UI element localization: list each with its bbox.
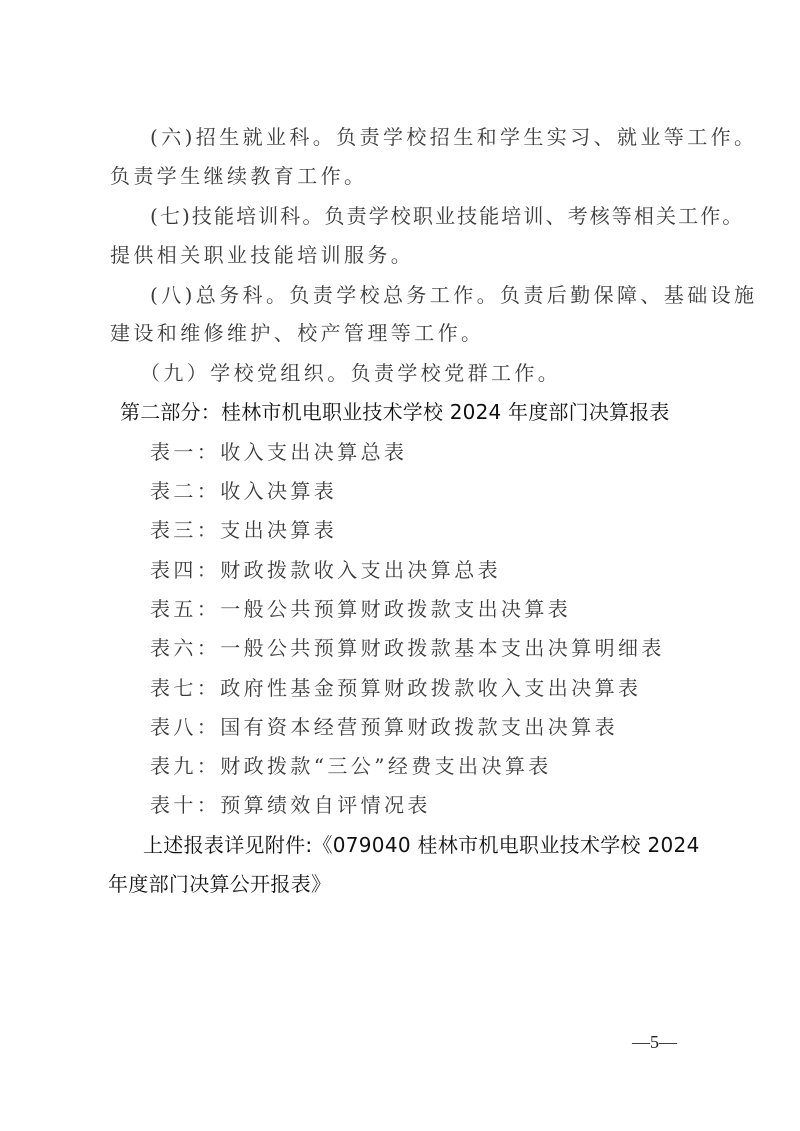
table-list-item: 表六：一般公共预算财政拨款基本支出决算明细表 xyxy=(150,636,665,660)
attachment-reference-line1: 上述报表详见附件:《079040 桂林市机电职业技术学校 2024 xyxy=(143,833,700,857)
document-page: (六)招生就业科。负责学校招生和学生实习、就业等工作。 负责学生继续教育工作。 … xyxy=(0,0,800,1131)
paragraph-training-line1: (七)技能培训科。负责学校职业技能培训、考核等相关工作。 xyxy=(150,204,744,228)
table-list-item: 表一：收入支出决算总表 xyxy=(150,440,407,464)
paragraph-general-affairs-line1: (八)总务科。负责学校总务工作。负责后勤保障、基础设施 xyxy=(150,283,757,307)
table-list-item: 表八：国有资本经营预算财政拨款支出决算表 xyxy=(150,715,618,739)
paragraph-enrollment-line1: (六)招生就业科。负责学校招生和学生实习、就业等工作。 xyxy=(150,125,757,149)
paragraph-enrollment-line2: 负责学生继续教育工作。 xyxy=(110,164,367,188)
section-two-heading: 第二部分：桂林市机电职业技术学校 2024 年度部门决算报表 xyxy=(120,400,670,424)
paragraph-party-org: （九）学校党组织。负责学校党群工作。 xyxy=(140,361,561,385)
attachment-reference-line2: 年度部门决算公开报表》 xyxy=(108,872,331,896)
table-list-item: 表三：支出决算表 xyxy=(150,518,337,542)
page-number: —5— xyxy=(632,1032,677,1053)
table-list-item: 表九：财政拨款“三公”经费支出决算表 xyxy=(150,754,552,778)
table-list-item: 表七：政府性基金预算财政拨款收入支出决算表 xyxy=(150,676,641,700)
table-list-item: 表四：财政拨款收入支出决算总表 xyxy=(150,558,501,582)
paragraph-training-line2: 提供相关职业技能培训服务。 xyxy=(110,243,414,267)
paragraph-general-affairs-line2: 建设和维修维护、校产管理等工作。 xyxy=(110,321,484,345)
table-list-item: 表二：收入决算表 xyxy=(150,479,337,503)
table-list-item: 表五：一般公共预算财政拨款支出决算表 xyxy=(150,597,571,621)
table-list-item: 表十：预算绩效自评情况表 xyxy=(150,793,431,817)
